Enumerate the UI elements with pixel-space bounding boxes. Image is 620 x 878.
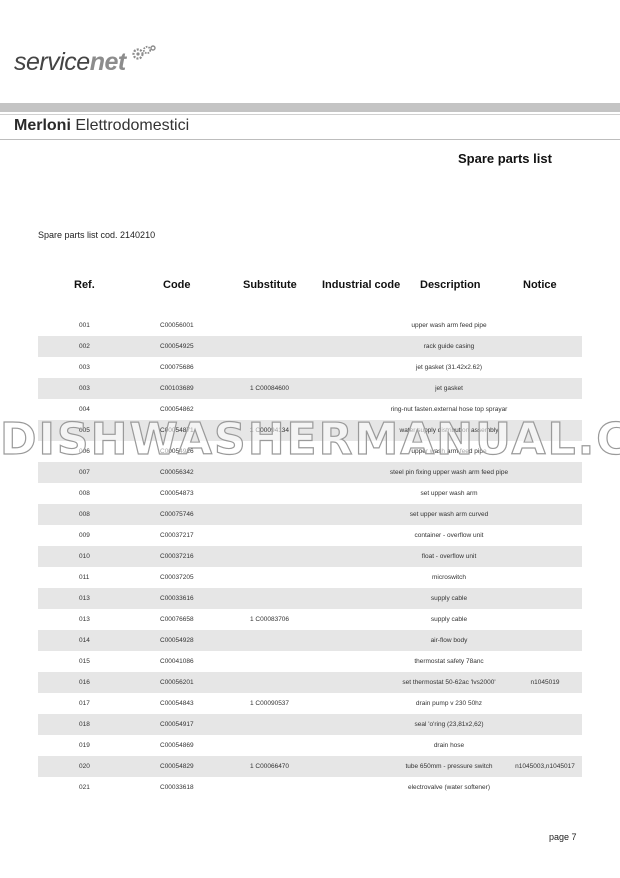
cell-description: supply cable [378,609,520,630]
table-row: 005C000548711 C00094134water supply dist… [38,420,582,441]
table-row: 003C001036891 C00084600jet gasket [38,378,582,399]
cell-notice [508,651,582,672]
table-row: 009C00037217container - overflow unit [38,525,582,546]
cell-description: air-flow body [378,630,520,651]
cell-notice [508,777,582,798]
brand-name: Merloni Elettrodomestici [14,117,189,135]
cell-description: water supply distribution assembly [378,420,520,441]
logo-text-accent: net [90,48,126,76]
cell-code: C00033616 [160,588,194,609]
cell-notice [508,567,582,588]
cell-code: C00054829 [160,756,194,777]
cell-code: C00037217 [160,525,194,546]
header-ref: Ref. [74,279,95,291]
table-row: 019C00054869drain hose [38,735,582,756]
cell-notice [508,315,582,336]
table-row: 010C00037216float - overflow unit [38,546,582,567]
cell-notice [508,588,582,609]
table-row: 013C00033616supply cable [38,588,582,609]
cell-notice [508,420,582,441]
page-number: page 7 [549,832,577,842]
cell-code: C00103689 [160,378,194,399]
cell-code: C00054871 [160,420,194,441]
table-row: 017C000548431 C00090537drain pump v 230 … [38,693,582,714]
parts-list-code: Spare parts list cod. 2140210 [38,230,155,240]
cell-ref: 013 [79,609,90,630]
cell-description: rack guide casing [378,336,520,357]
cell-description: jet gasket [378,378,520,399]
cell-ref: 003 [79,378,90,399]
cell-description: set thermostat 50-62ac 'lvs2000' [378,672,520,693]
servicenet-logo: servicenet [14,48,126,77]
cell-ref: 019 [79,735,90,756]
cell-notice [508,693,582,714]
table-row: 020C000548291 C00066470tube 650mm - pres… [38,756,582,777]
cell-code: C00054873 [160,483,194,504]
cell-ref: 021 [79,777,90,798]
cell-code: C00054843 [160,693,194,714]
cell-description: jet gasket (31.42x2.62) [378,357,520,378]
header-industrial-code: Industrial code [322,279,400,291]
cell-code: C00037205 [160,567,194,588]
cell-notice: n1045019 [508,672,582,693]
cell-code: C00033618 [160,777,194,798]
table-row: 002C00054925rack guide casing [38,336,582,357]
cell-ref: 020 [79,756,90,777]
table-row: 004C00054862ring-nut fasten.external hos… [38,399,582,420]
cell-ref: 008 [79,483,90,504]
table-row: 001C00056001upper wash arm feed pipe [38,315,582,336]
table-row: 021C00033618electrovalve (water softener… [38,777,582,798]
cell-notice [508,378,582,399]
cell-ref: 006 [79,441,90,462]
cell-notice [508,441,582,462]
table-row: 011C00037205microswitch [38,567,582,588]
cell-code: C00075686 [160,357,194,378]
cell-ref: 009 [79,525,90,546]
cell-description: set upper wash arm [378,483,520,504]
cell-description: ring-nut fasten.external hose top spraya… [378,399,520,420]
cell-code: C00054917 [160,714,194,735]
cell-description: set upper wash arm curved [378,504,520,525]
table-row: 003C00075686jet gasket (31.42x2.62) [38,357,582,378]
cell-code: C00054926 [160,441,194,462]
cell-code: C00075746 [160,504,194,525]
cell-notice [508,525,582,546]
cell-notice [508,483,582,504]
cell-ref: 001 [79,315,90,336]
table-row: 013C000766581 C00083706supply cable [38,609,582,630]
cell-code: C00054869 [160,735,194,756]
cell-description: microswitch [378,567,520,588]
cell-notice [508,357,582,378]
cell-ref: 008 [79,504,90,525]
cell-notice [508,609,582,630]
cell-description: electrovalve (water softener) [378,777,520,798]
cell-description: tube 650mm - pressure switch [378,756,520,777]
cell-ref: 003 [79,357,90,378]
table-row: 008C00075746set upper wash arm curved [38,504,582,525]
cell-notice [508,546,582,567]
cell-ref: 013 [79,588,90,609]
cell-code: C00056001 [160,315,194,336]
cell-code: C00054862 [160,399,194,420]
header-notice: Notice [523,279,557,291]
document-title: Spare parts list [458,151,552,166]
header-code: Code [163,279,191,291]
cell-ref: 002 [79,336,90,357]
cell-ref: 007 [79,462,90,483]
cell-description: container - overflow unit [378,525,520,546]
table-row: 018C00054917seal 'o'ring (23,81x2,62) [38,714,582,735]
header-substitute: Substitute [243,279,297,291]
brand-divider [0,139,620,140]
cell-substitute: 1 C00090537 [250,693,289,714]
table-row: 015C00041086thermostat safety 78anc [38,651,582,672]
cell-notice [508,462,582,483]
cell-ref: 004 [79,399,90,420]
cell-ref: 016 [79,672,90,693]
cell-description: thermostat safety 78anc [378,651,520,672]
cell-notice [508,714,582,735]
table-row: 008C00054873set upper wash arm [38,483,582,504]
cell-substitute: 1 C00066470 [250,756,289,777]
cell-ref: 014 [79,630,90,651]
cell-description: float - overflow unit [378,546,520,567]
cell-substitute: 1 C00083706 [250,609,289,630]
parts-table-body: 001C00056001upper wash arm feed pipe002C… [38,315,582,798]
cell-ref: 010 [79,546,90,567]
cell-notice [508,630,582,651]
table-row: 014C00054928air-flow body [38,630,582,651]
cell-code: C00041086 [160,651,194,672]
cell-notice [508,399,582,420]
cell-ref: 015 [79,651,90,672]
cell-code: C00056342 [160,462,194,483]
table-header: Ref. Code Substitute Industrial code Des… [38,279,582,293]
logo-text-main: service [14,48,90,76]
cell-code: C00056201 [160,672,194,693]
cell-substitute: 1 C00094134 [250,420,289,441]
table-row: 006C00054926upper wash arm feed pipe [38,441,582,462]
cell-description: drain hose [378,735,520,756]
cell-description: upper wash arm feed pipe [378,315,520,336]
cell-description: steel pin fixing upper wash arm feed pip… [378,462,520,483]
cell-notice [508,336,582,357]
cell-substitute: 1 C00084600 [250,378,289,399]
cell-ref: 017 [79,693,90,714]
header-divider [0,114,620,115]
cell-notice [508,504,582,525]
cell-code: C00037216 [160,546,194,567]
cell-description: seal 'o'ring (23,81x2,62) [378,714,520,735]
gears-icon [130,44,156,62]
cell-code: C00054925 [160,336,194,357]
cell-description: upper wash arm feed pipe [378,441,520,462]
table-row: 007C00056342steel pin fixing upper wash … [38,462,582,483]
cell-description: drain pump v 230 50hz [378,693,520,714]
header-bar [0,103,620,112]
header-description: Description [420,279,481,291]
cell-description: supply cable [378,588,520,609]
cell-notice: n1045003,n1045017 [508,756,582,777]
cell-notice [508,735,582,756]
cell-ref: 005 [79,420,90,441]
cell-code: C00076658 [160,609,194,630]
brand-name-bold: Merloni [14,117,71,134]
cell-ref: 011 [79,567,89,588]
cell-ref: 018 [79,714,90,735]
table-row: 016C00056201set thermostat 50-62ac 'lvs2… [38,672,582,693]
cell-code: C00054928 [160,630,194,651]
brand-name-rest: Elettrodomestici [71,117,189,134]
